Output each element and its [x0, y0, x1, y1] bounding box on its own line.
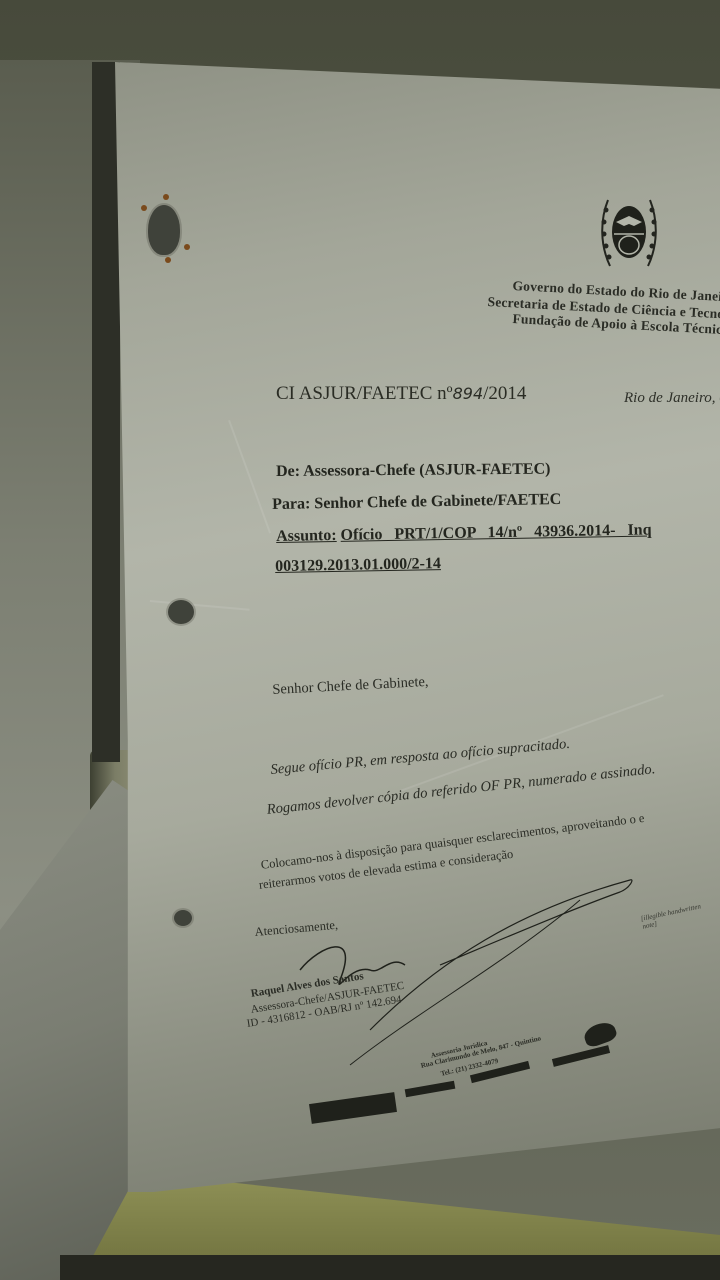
place-date: Rio de Janeiro, 0 — [624, 390, 720, 407]
from-label: De: — [276, 463, 300, 480]
rust-stain — [141, 205, 147, 211]
rust-stain — [163, 194, 169, 200]
floor-shadow — [60, 1255, 720, 1280]
to-label: Para: — [272, 495, 310, 513]
subject-label: Assunto: — [276, 527, 337, 545]
paper-shadow — [92, 62, 120, 762]
rust-stain — [165, 257, 171, 263]
memo-reference: CI ASJUR/FAETEC nº894/2014 — [276, 383, 526, 405]
from-value: Assessora-Chefe (ASJUR-FAETEC) — [303, 461, 550, 480]
punch-hole-top — [148, 205, 180, 255]
coat-of-arms-icon — [596, 190, 662, 272]
punch-hole-middle — [168, 600, 194, 624]
from-field: De: Assessora-Chefe (ASJUR-FAETEC) — [276, 461, 550, 481]
memo-reference-year: /2014 — [483, 383, 526, 404]
rust-stain — [184, 244, 190, 250]
punch-hole-bottom — [174, 910, 192, 926]
memo-reference-number: 894 — [453, 384, 484, 403]
subject-value-continuation: 003129.2013.01.000/2-14 — [275, 555, 441, 576]
memo-reference-prefix: CI ASJUR/FAETEC nº — [276, 383, 453, 404]
to-value: Senhor Chefe de Gabinete/FAETEC — [314, 491, 561, 512]
